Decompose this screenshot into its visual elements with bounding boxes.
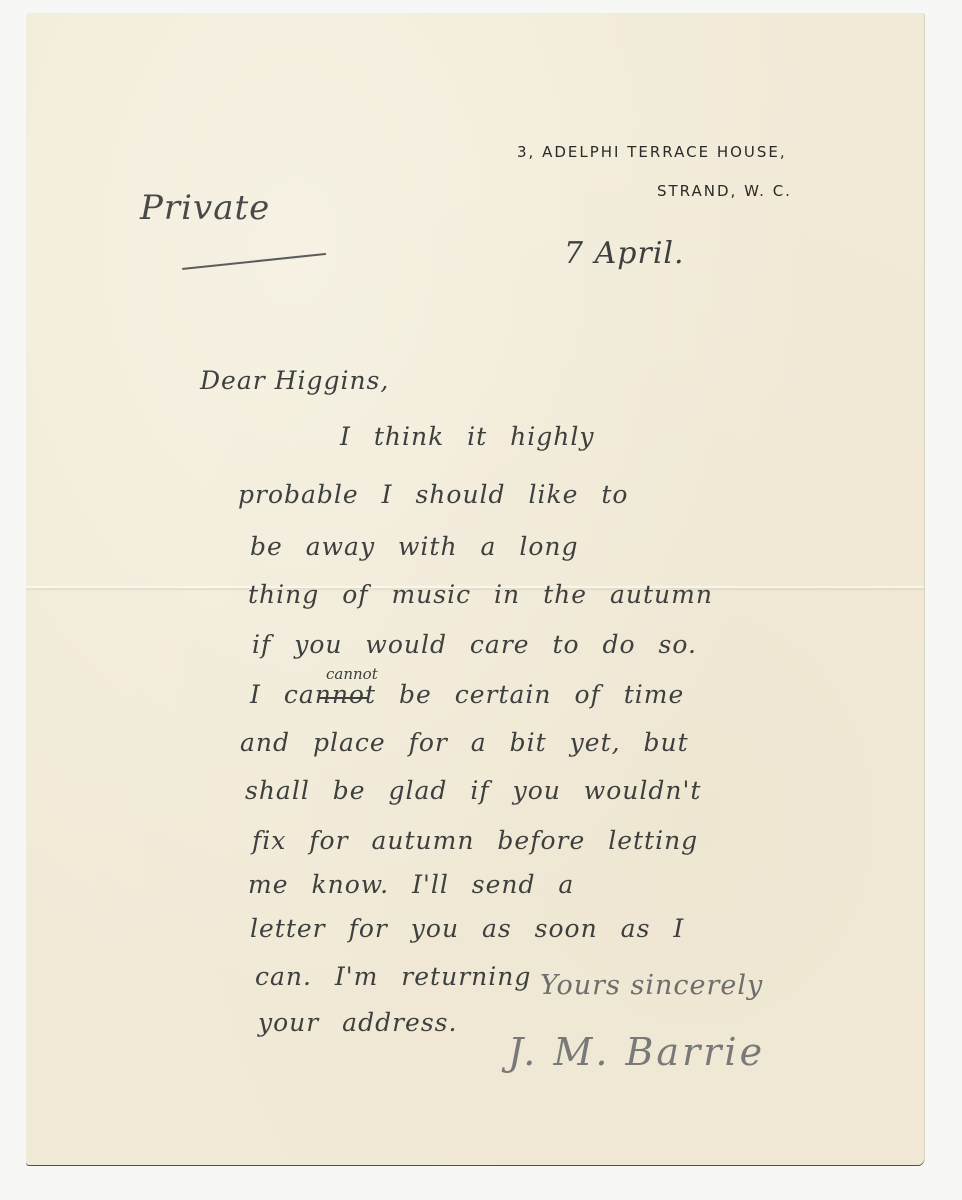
body-line: if you would care to do so. xyxy=(252,630,697,659)
body-line: fix for autumn before letting xyxy=(252,826,698,855)
body-line: your address. xyxy=(258,1008,457,1037)
letter-date: 7 April. xyxy=(564,236,685,271)
body-line: I cannot be certain of time xyxy=(250,680,684,709)
salutation: Dear Higgins, xyxy=(200,366,389,395)
body-line: me know. I'll send a xyxy=(248,870,574,899)
body-line: and place for a bit yet, but xyxy=(240,728,689,757)
letterhead-address-line2: STRAND, W. C. xyxy=(657,182,792,200)
signature: J. M. Barrie xyxy=(508,1030,765,1074)
body-line: probable I should like to xyxy=(238,480,629,509)
body-line: thing of music in the autumn xyxy=(248,580,713,609)
body-line: I think it highly xyxy=(340,422,594,451)
body-line: be away with a long xyxy=(250,532,579,561)
closing-valediction: Yours sincerely xyxy=(540,970,763,1001)
body-line: letter for you as soon as I xyxy=(250,914,684,943)
body-line: shall be glad if you wouldn't xyxy=(245,776,701,805)
private-marking: Private xyxy=(140,188,270,228)
letterhead-address-line1: 3, ADELPHI TERRACE HOUSE, xyxy=(517,143,787,161)
body-line: can. I'm returning xyxy=(255,962,531,991)
